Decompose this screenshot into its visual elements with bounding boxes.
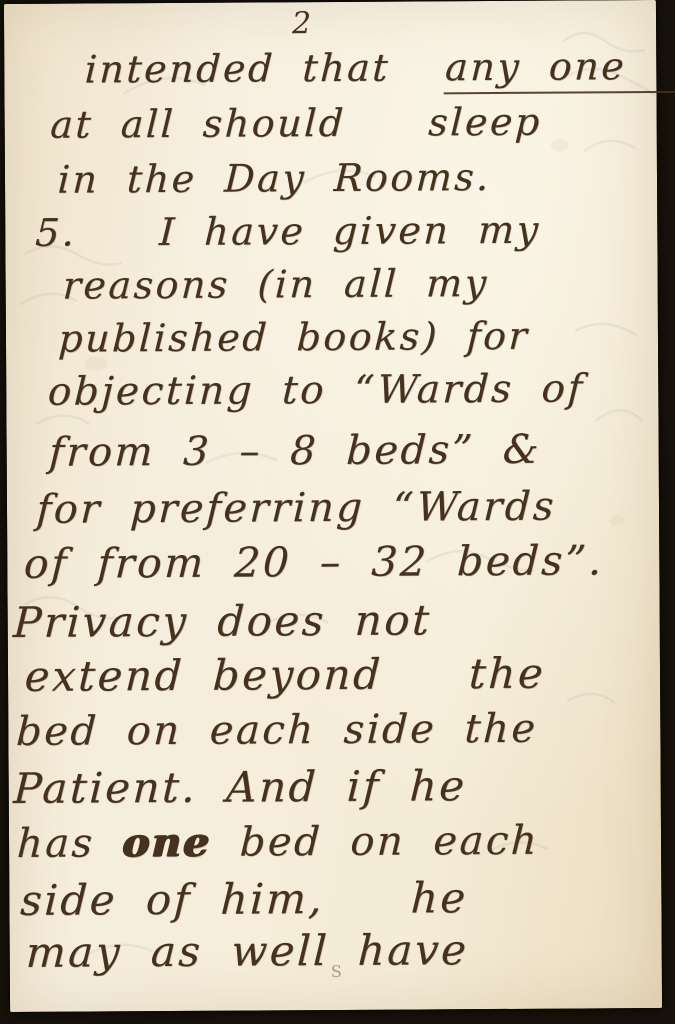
handwriting-text: from 3 – 8 beds” &	[48, 427, 542, 476]
handwriting-text: intended that	[84, 45, 446, 91]
letter-line: extend beyond the	[24, 651, 547, 700]
handwriting-text: bed on each side the	[15, 706, 538, 755]
handwriting-text: Privacy does not	[12, 595, 433, 647]
underlined-text: any one	[444, 44, 675, 94]
handwriting-text: reasons (in all my	[62, 261, 490, 308]
letter-line: in the Day Rooms.	[57, 157, 492, 201]
letter-line: of from 20 – 32 beds”.	[23, 538, 605, 587]
handwriting-text: 5.	[34, 211, 77, 255]
letter-line: bed on each side the	[15, 707, 538, 754]
letter-line: from 3 – 8 beds” &	[48, 428, 542, 475]
letter-page: 2 intended that any oneat all should sle…	[4, 0, 662, 1012]
overwritten-text: one	[122, 819, 213, 867]
handwriting-text: bed on each	[211, 818, 541, 866]
handwriting-text: side of him, he	[19, 873, 469, 925]
handwriting-text: in the Day Rooms.	[57, 155, 492, 202]
letter-line: 5. I have given my	[34, 210, 541, 255]
handwriting-text: Patient. And if he	[12, 761, 467, 813]
handwriting-text: published books) for	[57, 314, 530, 361]
letter-line: published books) for	[57, 316, 530, 361]
handwriting-text: for preferring “Wards	[35, 484, 557, 533]
photo-background: { "page": { "number": "2", "pencil_mark"…	[0, 0, 675, 1024]
handwriting-text: at all should sleep	[49, 100, 543, 147]
letter-line: Privacy does not	[12, 597, 432, 646]
letter-line: side of him, he	[19, 875, 469, 924]
letter-line: at all should sleep	[49, 102, 542, 147]
letter-line: reasons (in all my	[62, 263, 490, 307]
letter-line: Patient. And if he	[13, 763, 468, 812]
handwriting-text: objecting to “Wards of	[47, 366, 586, 414]
letter-line: may as well have	[25, 927, 470, 976]
letter-line: intended that any one	[84, 46, 675, 91]
letter-lines: intended that any oneat all should sleep…	[0, 0, 656, 1012]
handwriting-text: extend beyond the	[24, 649, 547, 701]
letter-line: for preferring “Wards	[35, 485, 557, 532]
handwriting-text: I have given my	[76, 208, 542, 255]
handwriting-text: has	[16, 820, 124, 867]
letter-line: objecting to “Wards of	[47, 368, 586, 414]
handwriting-text: of from 20 – 32 beds”.	[23, 536, 605, 588]
letter-line: has one bed on each	[16, 819, 540, 866]
pencil-annotation: S	[331, 962, 343, 981]
handwriting-text: may as well have	[25, 925, 470, 977]
